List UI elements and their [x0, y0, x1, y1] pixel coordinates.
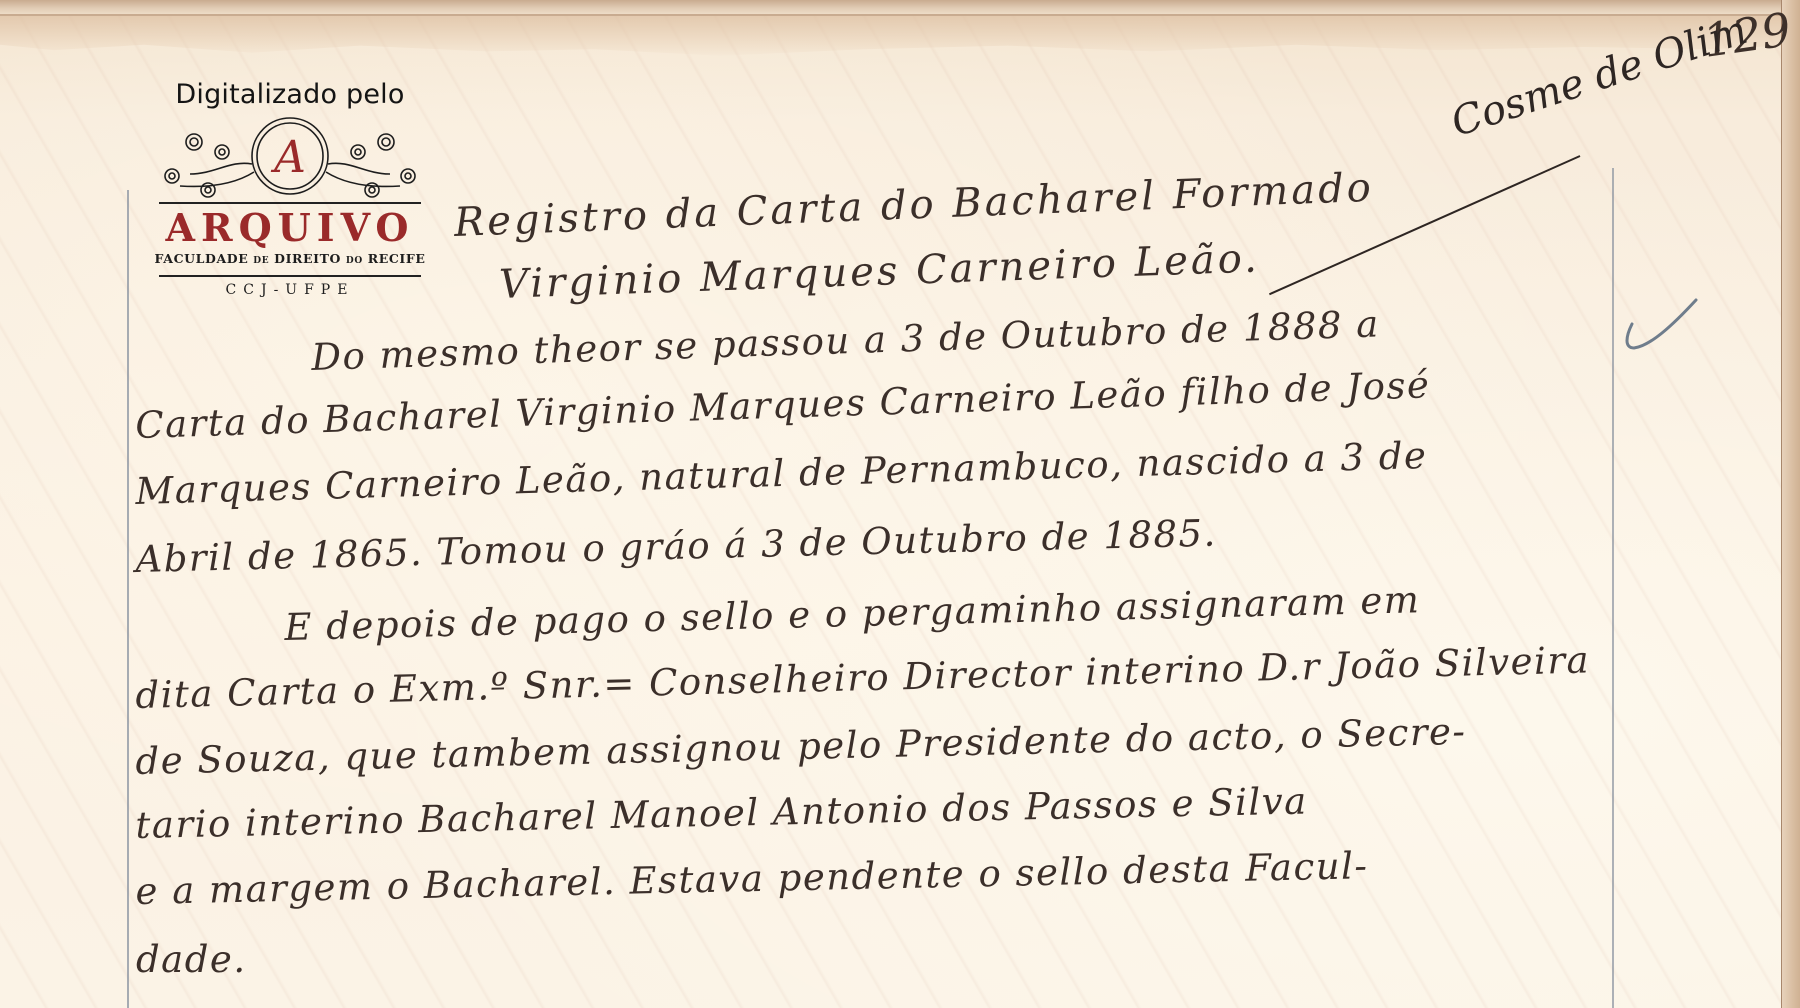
left-margin-rule: [127, 190, 129, 1008]
document-title-line-2: Virginio Marques Carneiro Leão.: [498, 235, 1260, 308]
body-line-6: dita Carta o Exm.º Snr.= Conselheiro Dir…: [135, 638, 1591, 717]
body-line-5: E depois de pago o sello e o pergaminho …: [284, 578, 1421, 649]
water-stain: [0, 14, 1800, 58]
archive-watermark: Digitalizado pelo: [140, 78, 440, 298]
watermark-unit: CCJ-UFPE: [140, 282, 440, 298]
page-right-edge: [1781, 0, 1800, 1008]
scanned-document-page: Digitalizado pelo: [0, 0, 1800, 1008]
document-title-line-1: Registro da Carta do Bacharel Formado: [453, 165, 1374, 246]
body-line-4: Abril de 1865. Tomou o gráo á 3 de Outub…: [135, 512, 1217, 581]
watermark-rule-bottom: [159, 275, 421, 277]
watermark-title: ARQUIVO: [140, 206, 440, 250]
body-line-1: Do mesmo theor se passou a 3 de Outubro …: [311, 302, 1381, 379]
body-line-10: dade.: [136, 938, 247, 981]
archive-emblem-icon: A: [160, 114, 420, 202]
body-line-3: Marques Carneiro Leão, natural de Pernam…: [135, 434, 1428, 513]
page-top-edge: [0, 0, 1800, 16]
emblem-letter: A: [270, 132, 306, 183]
body-line-8: tario interino Bacharel Manoel Antonio d…: [135, 779, 1308, 847]
checkmark-icon: [1618, 296, 1698, 356]
body-line-9: e a margem o Bacharel. Estava pendente o…: [135, 844, 1369, 913]
watermark-rule-top: [159, 202, 421, 204]
body-line-7: de Souza, que tambem assignou pelo Presi…: [135, 710, 1467, 783]
watermark-caption: Digitalizado pelo: [140, 78, 440, 112]
watermark-subtitle: FACULDADE DE DIREITO DO RECIFE: [140, 250, 440, 270]
right-margin-rule: [1612, 168, 1614, 1008]
